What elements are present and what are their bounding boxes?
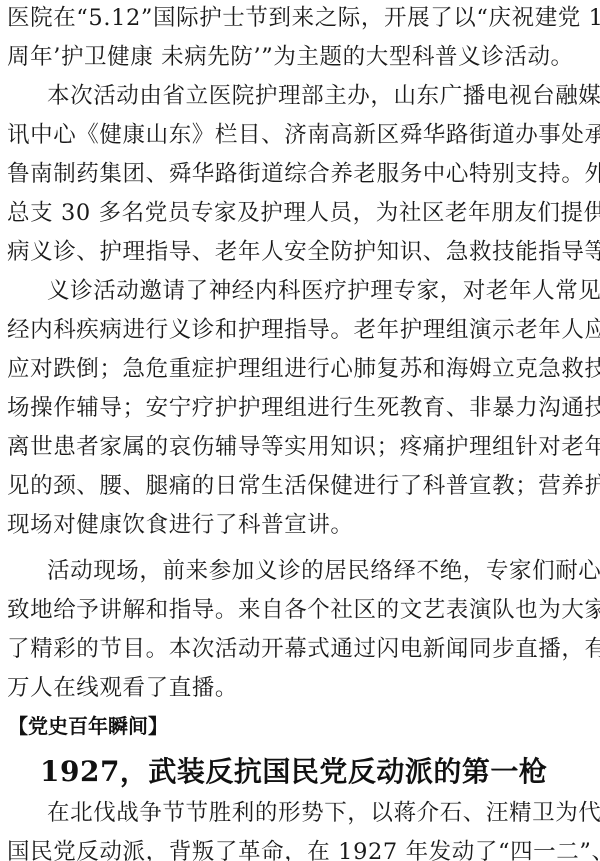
- paragraph-line: 国民党反动派，背叛了革命，在 1927 年发动了“四一二”、“七: [7, 838, 593, 861]
- paragraph-line: 总支 30 多名党员专家及护理人员，为社区老年朋友们提供慢性: [7, 199, 593, 227]
- paragraph-line: 经内科疾病进行义诊和护理指导。老年护理组演示老年人应如何: [7, 316, 593, 344]
- paragraph-line: 离世患者家属的哀伤辅导等实用知识；疼痛护理组针对老年人常: [7, 433, 593, 461]
- paragraph-line: 活动现场，前来参加义诊的居民络绎不绝，专家们耐心、细: [7, 557, 600, 585]
- paragraph-line: 病义诊、护理指导、老年人安全防护知识、急救技能指导等服务。: [7, 238, 593, 266]
- paragraph-line: 鲁南制药集团、舜华路街道综合养老服务中心特别支持。外科党: [7, 160, 593, 188]
- paragraph-line: 万人在线观看了直播。: [7, 674, 593, 702]
- paragraph-line: 致地给予讲解和指导。来自各个社区的文艺表演队也为大家献上: [7, 596, 593, 624]
- paragraph-line: 场操作辅导；安宁疗护护理组进行生死教育、非暴力沟通技巧、: [7, 394, 593, 422]
- paragraph-line: 在北伐战争节节胜利的形势下，以蒋介石、汪精卫为代表的: [7, 799, 600, 827]
- section-label: 【党史百年瞬间】: [8, 712, 168, 740]
- paragraph-line: 应对跌倒；急危重症护理组进行心肺复苏和海姆立克急救技能现: [7, 355, 593, 383]
- paragraph-line: 现场对健康饮食进行了科普宣讲。: [7, 511, 593, 539]
- paragraph-line: 义诊活动邀请了神经内科医疗护理专家，对老年人常见的神: [7, 277, 600, 305]
- paragraph-line: 周年’护卫健康 未病先防’”为主题的大型科普义诊活动。: [7, 43, 593, 71]
- paragraph-line: 了精彩的节目。本次活动开幕式通过闪电新闻同步直播，有近 8: [7, 635, 593, 663]
- paragraph-line: 医院在“5.12”国际护士节到来之际，开展了以“庆祝建党 100: [7, 4, 593, 32]
- paragraph-line: 本次活动由省立医院护理部主办，山东广播电视台融媒体资: [7, 82, 600, 110]
- paragraph-line: 讯中心《健康山东》栏目、济南高新区舜华路街道办事处承办，: [7, 121, 593, 149]
- paragraph-line: 见的颈、腰、腿痛的日常生活保健进行了科普宣教；营养护理组: [7, 472, 593, 500]
- article-heading: 1927，武装反抗国民党反动派的第一枪: [40, 752, 547, 792]
